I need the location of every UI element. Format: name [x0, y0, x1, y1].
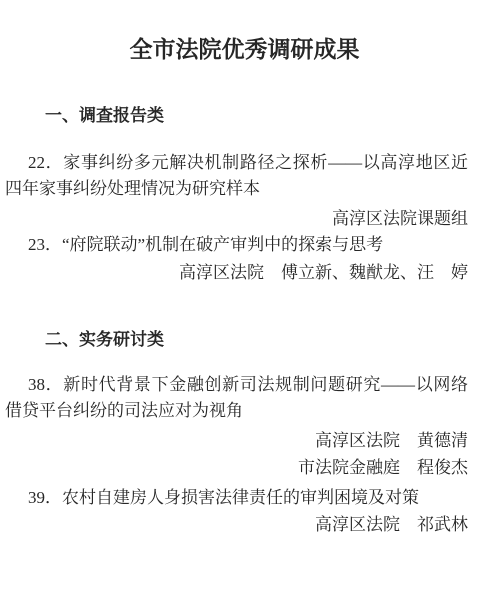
entry-authors-23: 高淳区法院 傅立新、魏猷龙、汪 婷 [5, 260, 468, 286]
section-heading-survey-reports: 一、调查报告类 [45, 103, 164, 129]
entry-title-38: 38．新时代背景下金融创新司法规制问题研究——以网络借贷平台纠纷的司法应对为视角 [5, 372, 468, 424]
entry-authors-22: 高淳区法院课题组 [5, 206, 468, 232]
entry-authors-38-line1: 高淳区法院 黄德清 [5, 428, 468, 454]
entry-title-23: 23．“府院联动”机制在破产审判中的探索与思考 [5, 232, 468, 258]
entry-title-22: 22．家事纠纷多元解决机制路径之探析——以高淳地区近四年家事纠纷处理情况为研究样… [5, 150, 468, 202]
document-title: 全市法院优秀调研成果 [0, 36, 489, 64]
document-page: 全市法院优秀调研成果 一、调查报告类 22．家事纠纷多元解决机制路径之探析——以… [0, 0, 489, 600]
entry-title-39: 39．农村自建房人身损害法律责任的审判困境及对策 [5, 485, 468, 511]
section-heading-practice-research: 二、实务研讨类 [45, 327, 164, 353]
entry-authors-39: 高淳区法院 祁武林 [5, 512, 468, 538]
entry-authors-38-line2: 市法院金融庭 程俊杰 [5, 455, 468, 481]
